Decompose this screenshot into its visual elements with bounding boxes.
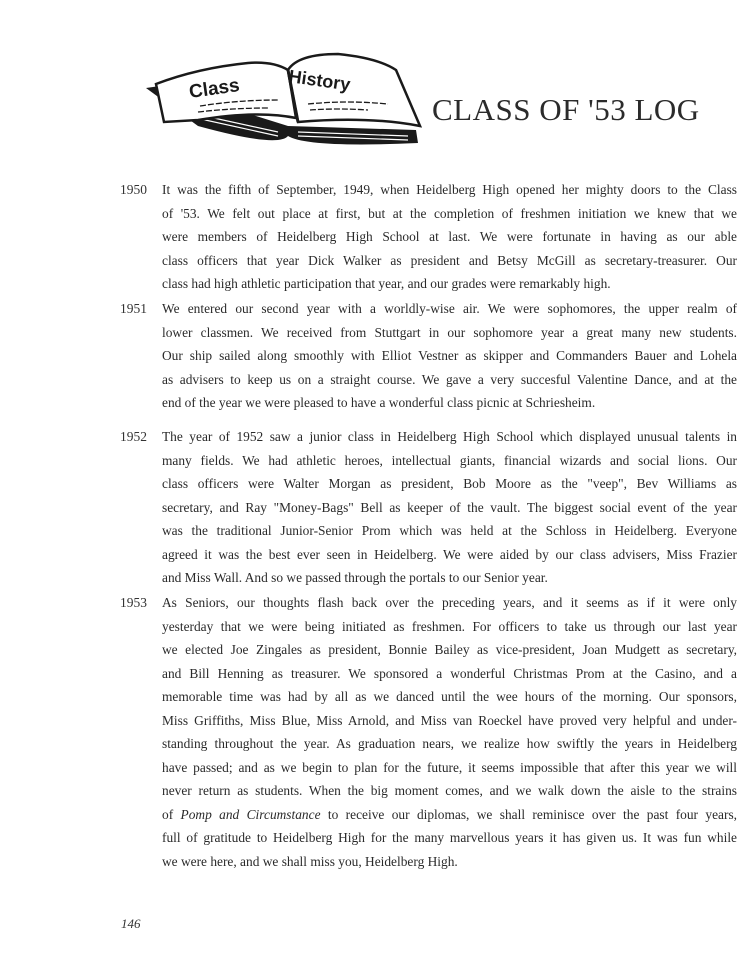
text-line: class had high athletic participation th… — [162, 272, 737, 296]
text-line: The year of 1952 saw a junior class in H… — [162, 425, 737, 449]
text-line: of Pomp and Circumstance to receive our … — [162, 803, 737, 827]
text-line: Miss Griffiths, Miss Blue, Miss Arnold, … — [162, 709, 737, 733]
entry-body: The year of 1952 saw a junior class in H… — [162, 425, 737, 590]
text-line: have passed; and as we begin to plan for… — [162, 756, 737, 780]
text-line: of '53. We felt out place at first, but … — [162, 202, 737, 226]
text-line: never return as students. When the big m… — [162, 779, 737, 803]
text-line: class officers that year Dick Walker as … — [162, 249, 737, 273]
page-number: 146 — [121, 916, 141, 932]
entry-year: 1950 — [120, 178, 147, 202]
text-line: was the traditional Junior-Senior Prom w… — [162, 519, 737, 543]
song-title: Pomp and Circumstance — [181, 807, 321, 822]
entry-year: 1951 — [120, 297, 147, 321]
text-line: we elected Joe Zingales as president, Bo… — [162, 638, 737, 662]
entry-year: 1952 — [120, 425, 147, 449]
text-line: As Seniors, our thoughts flash back over… — [162, 591, 737, 615]
open-book-icon: Class History — [138, 48, 428, 153]
text-line: we were here, and we shall miss you, Hei… — [162, 850, 737, 874]
text-line: yesterday that we were being initiated a… — [162, 615, 737, 639]
text-line: agreed it was the best ever seen in Heid… — [162, 543, 737, 567]
text-line: We entered our second year with a worldl… — [162, 297, 737, 321]
entry-body: As Seniors, our thoughts flash back over… — [162, 591, 737, 873]
text-line: many fields. We had athletic heroes, int… — [162, 449, 737, 473]
text-line: and Miss Wall. And so we passed through … — [162, 566, 737, 590]
text-line: Our ship sailed along smoothly with Elli… — [162, 344, 737, 368]
entry-body: We entered our second year with a worldl… — [162, 297, 737, 415]
text-line: as advisers to keep us on a straight cou… — [162, 368, 737, 392]
text-line: class officers were Walter Morgan as pre… — [162, 472, 737, 496]
entry-year: 1953 — [120, 591, 147, 615]
text-line: end of the year we were pleased to have … — [162, 391, 737, 415]
text-line: standing throughout the year. As graduat… — [162, 732, 737, 756]
entry-body: It was the fifth of September, 1949, whe… — [162, 178, 737, 296]
class-history-book-illustration: Class History — [138, 48, 428, 153]
text-line: were members of Heidelberg High School a… — [162, 225, 737, 249]
text-line: memorable time was had by all as we danc… — [162, 685, 737, 709]
text-line: full of gratitude to Heidelberg High for… — [162, 826, 737, 850]
page-title: CLASS OF '53 LOG — [432, 92, 700, 128]
text-line: secretary, and Ray "Money-Bags" Bell as … — [162, 496, 737, 520]
text-line: It was the fifth of September, 1949, whe… — [162, 178, 737, 202]
text-line: and Bill Henning as treasurer. We sponso… — [162, 662, 737, 686]
text-line: lower classmen. We received from Stuttga… — [162, 321, 737, 345]
